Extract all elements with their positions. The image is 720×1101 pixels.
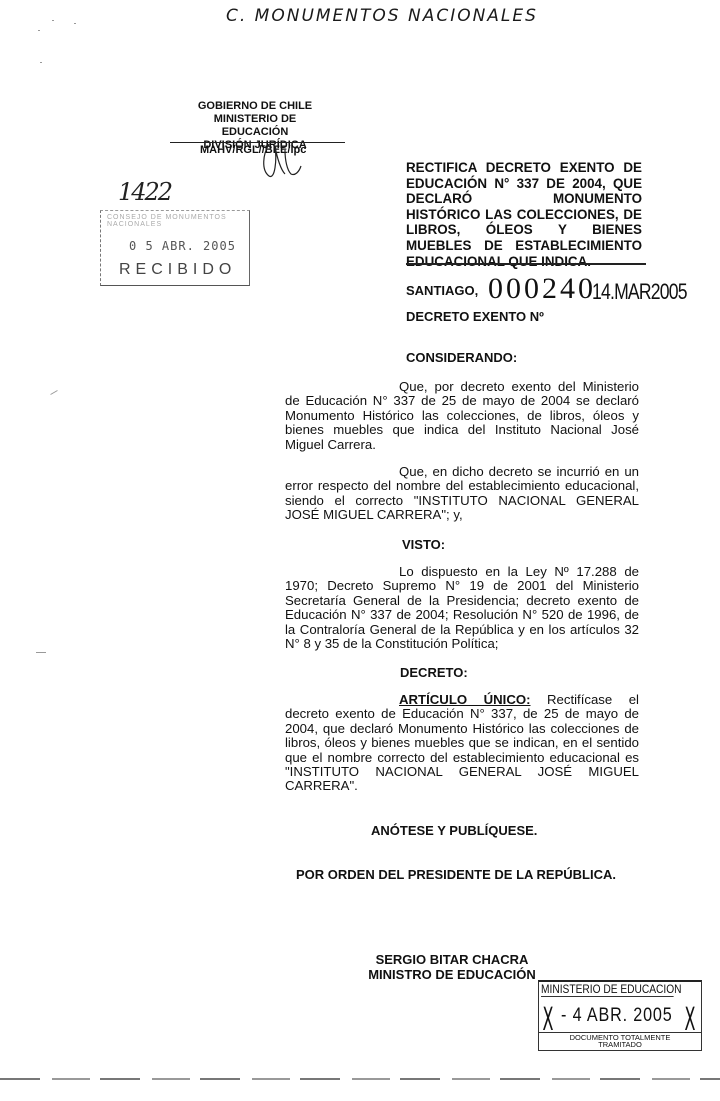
letterhead-line: GOBIERNO DE CHILE xyxy=(180,100,330,113)
decree-label: DECRETO EXENTO Nº xyxy=(406,309,544,324)
received-stamp-date: 0 5 ABR. 2005 xyxy=(129,239,236,253)
received-stamp: CONSEJO DE MONUMENTOS NACIONALES 0 5 ABR… xyxy=(100,210,250,286)
scan-speck xyxy=(38,30,40,31)
considerando-paragraph-1: Que, por decreto exento del Ministerio d… xyxy=(285,380,639,452)
place-label: SANTIAGO, xyxy=(406,283,478,298)
scan-speck xyxy=(50,390,57,395)
signatory-name: SERGIO BITAR CHACRA xyxy=(366,952,538,967)
processed-stamp-footer-line: TRAMITADO xyxy=(539,1041,701,1048)
signatory: SERGIO BITAR CHACRA MINISTRO DE EDUCACIÓ… xyxy=(366,952,538,982)
handwritten-note: C. MONUMENTOS NACIONALES xyxy=(226,6,538,26)
paragraph-text: Que, en dicho decreto se incurrió en un … xyxy=(285,464,639,522)
decree-number: 000240 xyxy=(488,272,596,306)
signatory-title: MINISTRO DE EDUCACIÓN xyxy=(366,967,538,982)
article-label: ARTÍCULO ÚNICO: xyxy=(399,692,531,707)
processed-stamp: MINISTERIO DE EDUCACION X - 4 ABR. 2005 … xyxy=(538,980,702,1051)
letterhead-line: MINISTERIO DE EDUCACIÓN xyxy=(180,113,330,139)
received-stamp-org: CONSEJO DE MONUMENTOS NACIONALES xyxy=(107,214,249,228)
title-underline xyxy=(406,263,646,265)
scan-bottom-edge xyxy=(0,1078,720,1080)
paragraph-text: Que, por decreto exento del Ministerio d… xyxy=(285,379,639,452)
received-stamp-label: RECIBIDO xyxy=(119,261,236,279)
scan-speck xyxy=(40,62,42,63)
article-paragraph: ARTÍCULO ÚNICO: Rectifícase el decreto e… xyxy=(285,693,639,794)
considerando-paragraph-2: Que, en dicho decreto se incurrió en un … xyxy=(285,465,639,523)
visto-paragraph: Lo dispuesto en la Ley Nº 17.288 de 1970… xyxy=(285,565,639,651)
signature-initials-icon xyxy=(255,140,305,182)
closing-line-2: POR ORDEN DEL PRESIDENTE DE LA REPÚBLICA… xyxy=(296,867,616,882)
considerando-heading: CONSIDERANDO: xyxy=(406,350,517,365)
decree-title: RECTIFICA DECRETO EXENTO DE EDUCACIÓN N°… xyxy=(406,160,642,269)
scan-speck xyxy=(52,20,54,21)
decree-date: 14.MAR2005 xyxy=(592,279,687,305)
article-text: Rectifícase el decreto exento de Educaci… xyxy=(285,692,639,793)
processed-stamp-header: MINISTERIO DE EDUCACION xyxy=(541,982,674,997)
closing-line-1: ANÓTESE Y PUBLÍQUESE. xyxy=(371,823,537,838)
paragraph-text: Lo dispuesto en la Ley Nº 17.288 de 1970… xyxy=(285,564,639,651)
processed-stamp-footer: DOCUMENTO TOTALMENTE TRAMITADO xyxy=(539,1032,701,1048)
handwritten-entry-number: 1422 xyxy=(118,178,171,206)
visto-heading: VISTO: xyxy=(402,537,445,552)
decreto-heading: DECRETO: xyxy=(400,665,468,680)
scan-speck xyxy=(36,652,46,653)
scan-speck xyxy=(74,23,76,24)
processed-stamp-date: - 4 ABR. 2005 xyxy=(561,1005,673,1027)
